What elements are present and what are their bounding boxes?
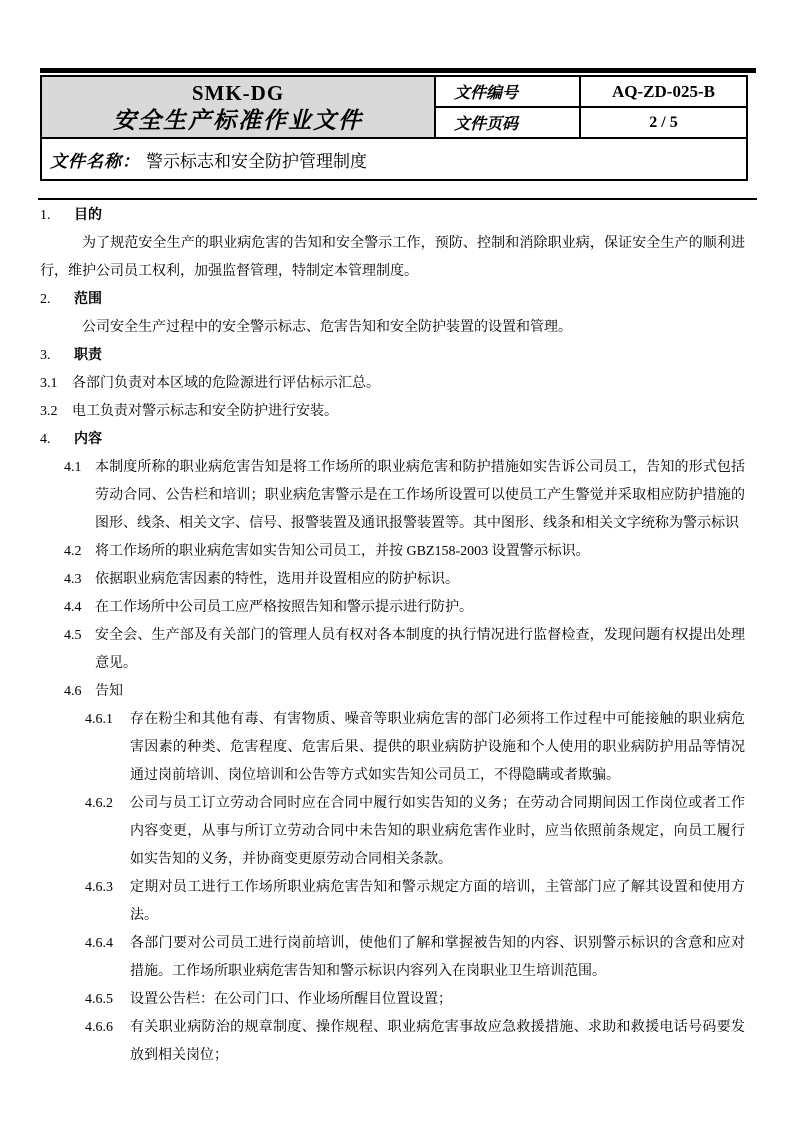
body-item: 4.6.4各部门要对公司员工进行岗前培训，使他们了解和掌握被告知的内容、识别警示… (40, 930, 745, 986)
item-text: 公司与员工订立劳动合同时应在合同中履行如实告知的义务；在劳动合同期间因工作岗位或… (130, 790, 745, 874)
item-number: 4.6.3 (85, 874, 130, 930)
body-item: 4.6.2公司与员工订立劳动合同时应在合同中履行如实告知的义务；在劳动合同期间因… (40, 790, 745, 874)
body-item: 3.1各部门负责对本区域的危险源进行评估标示汇总。 (40, 370, 745, 398)
page-no-label: 文件页码 (434, 106, 579, 137)
item-text: 目的 (74, 202, 745, 230)
item-number: 4.6.4 (85, 930, 130, 986)
item-number: 3. (40, 342, 74, 370)
item-number: 4.2 (64, 538, 95, 566)
item-number: 4.6 (64, 678, 95, 706)
body-item: 4.6.3定期对员工进行工作场所职业病危害告知和警示规定方面的培训，主管部门应了… (40, 874, 745, 930)
item-text: 设置公告栏：在公司门口、作业场所醒目位置设置； (130, 986, 745, 1014)
item-number: 4. (40, 426, 74, 454)
item-number: 2. (40, 286, 74, 314)
item-text: 安全会、生产部及有关部门的管理人员有权对各本制度的执行情况进行监督检查，发现问题… (95, 622, 745, 678)
body-item: 4.4在工作场所中公司员工应严格按照告知和警示提示进行防护。 (40, 594, 745, 622)
header-table: SMK-DG 安全生产标准作业文件 文件编号 AQ-ZD-025-B 文件页码 … (40, 75, 748, 181)
item-number: 4.6.6 (85, 1014, 130, 1070)
body-item: 4.内容 (40, 426, 745, 454)
body-item: 3.2电工负责对警示标志和安全防护进行安装。 (40, 398, 745, 426)
item-number: 3.1 (40, 370, 72, 398)
item-text: 依据职业病危害因素的特性，选用并设置相应的防护标识。 (95, 566, 745, 594)
item-text: 各部门负责对本区域的危险源进行评估标示汇总。 (72, 370, 745, 398)
item-number: 3.2 (40, 398, 72, 426)
body-item: 4.6.6有关职业病防治的规章制度、操作规程、职业病危害事故应急救援措施、求助和… (40, 1014, 745, 1070)
body-item: 4.6告知 (40, 678, 745, 706)
item-number: 4.6.2 (85, 790, 130, 874)
body-item: 4.3依据职业病危害因素的特性，选用并设置相应的防护标识。 (40, 566, 745, 594)
body-item: 3.职责 (40, 342, 745, 370)
body-item: 4.1本制度所称的职业病危害告知是将工作场所的职业病危害和防护措施如实告诉公司员… (40, 454, 745, 538)
page-no-value: 2 / 5 (579, 106, 746, 137)
item-number: 1. (40, 202, 74, 230)
org-code: SMK-DG (192, 81, 284, 105)
doc-name-row: 文件名称： 警示标志和安全防护管理制度 (42, 137, 746, 179)
item-text: 告知 (95, 678, 745, 706)
page: { "header": { "org": "SMK-DG", "doc_type… (0, 0, 793, 1122)
doc-no-value: AQ-ZD-025-B (579, 77, 746, 106)
item-text: 各部门要对公司员工进行岗前培训，使他们了解和掌握被告知的内容、识别警示标识的含意… (130, 930, 745, 986)
body-item: 2.范围 (40, 286, 745, 314)
item-number: 4.4 (64, 594, 95, 622)
header-title-cell: SMK-DG 安全生产标准作业文件 (42, 77, 434, 137)
item-number: 4.3 (64, 566, 95, 594)
item-text: 定期对员工进行工作场所职业病危害告知和警示规定方面的培训，主管部门应了解其设置和… (130, 874, 745, 930)
item-text: 本制度所称的职业病危害告知是将工作场所的职业病危害和防护措施如实告诉公司员工，告… (95, 454, 745, 538)
body-item: 4.6.5设置公告栏：在公司门口、作业场所醒目位置设置； (40, 986, 745, 1014)
doc-type-title: 安全生产标准作业文件 (113, 107, 363, 134)
body-item: 公司安全生产过程中的安全警示标志、危害告知和安全防护装置的设置和管理。 (40, 314, 745, 342)
item-text: 存在粉尘和其他有毒、有害物质、噪音等职业病危害的部门必须将工作过程中可能接触的职… (130, 706, 745, 790)
body-item: 4.6.1存在粉尘和其他有毒、有害物质、噪音等职业病危害的部门必须将工作过程中可… (40, 706, 745, 790)
doc-name-value: 警示标志和安全防护管理制度 (146, 147, 367, 172)
doc-name-label: 文件名称： (50, 147, 140, 172)
item-text: 有关职业病防治的规章制度、操作规程、职业病危害事故应急救援措施、求助和救援电话号… (130, 1014, 745, 1070)
header-top-bar (40, 68, 756, 73)
item-number: 4.6.1 (85, 706, 130, 790)
body-item: 4.2将工作场所的职业病危害如实告知公司员工，并按 GBZ158-2003 设置… (40, 538, 745, 566)
item-text: 电工负责对警示标志和安全防护进行安装。 (72, 398, 745, 426)
document-body: 1.目的为了规范安全生产的职业病危害的告知和安全警示工作，预防、控制和消除职业病… (40, 202, 745, 1070)
item-text: 在工作场所中公司员工应严格按照告知和警示提示进行防护。 (95, 594, 745, 622)
item-text: 内容 (74, 426, 745, 454)
item-number: 4.1 (64, 454, 95, 538)
item-number: 4.5 (64, 622, 95, 678)
doc-no-label: 文件编号 (434, 77, 579, 106)
item-text: 将工作场所的职业病危害如实告知公司员工，并按 GBZ158-2003 设置警示标… (95, 538, 745, 566)
item-text: 职责 (74, 342, 745, 370)
item-number: 4.6.5 (85, 986, 130, 1014)
body-item: 4.5安全会、生产部及有关部门的管理人员有权对各本制度的执行情况进行监督检查，发… (40, 622, 745, 678)
body-item: 为了规范安全生产的职业病危害的告知和安全警示工作，预防、控制和消除职业病，保证安… (40, 230, 745, 286)
divider-rule (38, 198, 757, 200)
body-item: 1.目的 (40, 202, 745, 230)
item-text: 范围 (74, 286, 745, 314)
